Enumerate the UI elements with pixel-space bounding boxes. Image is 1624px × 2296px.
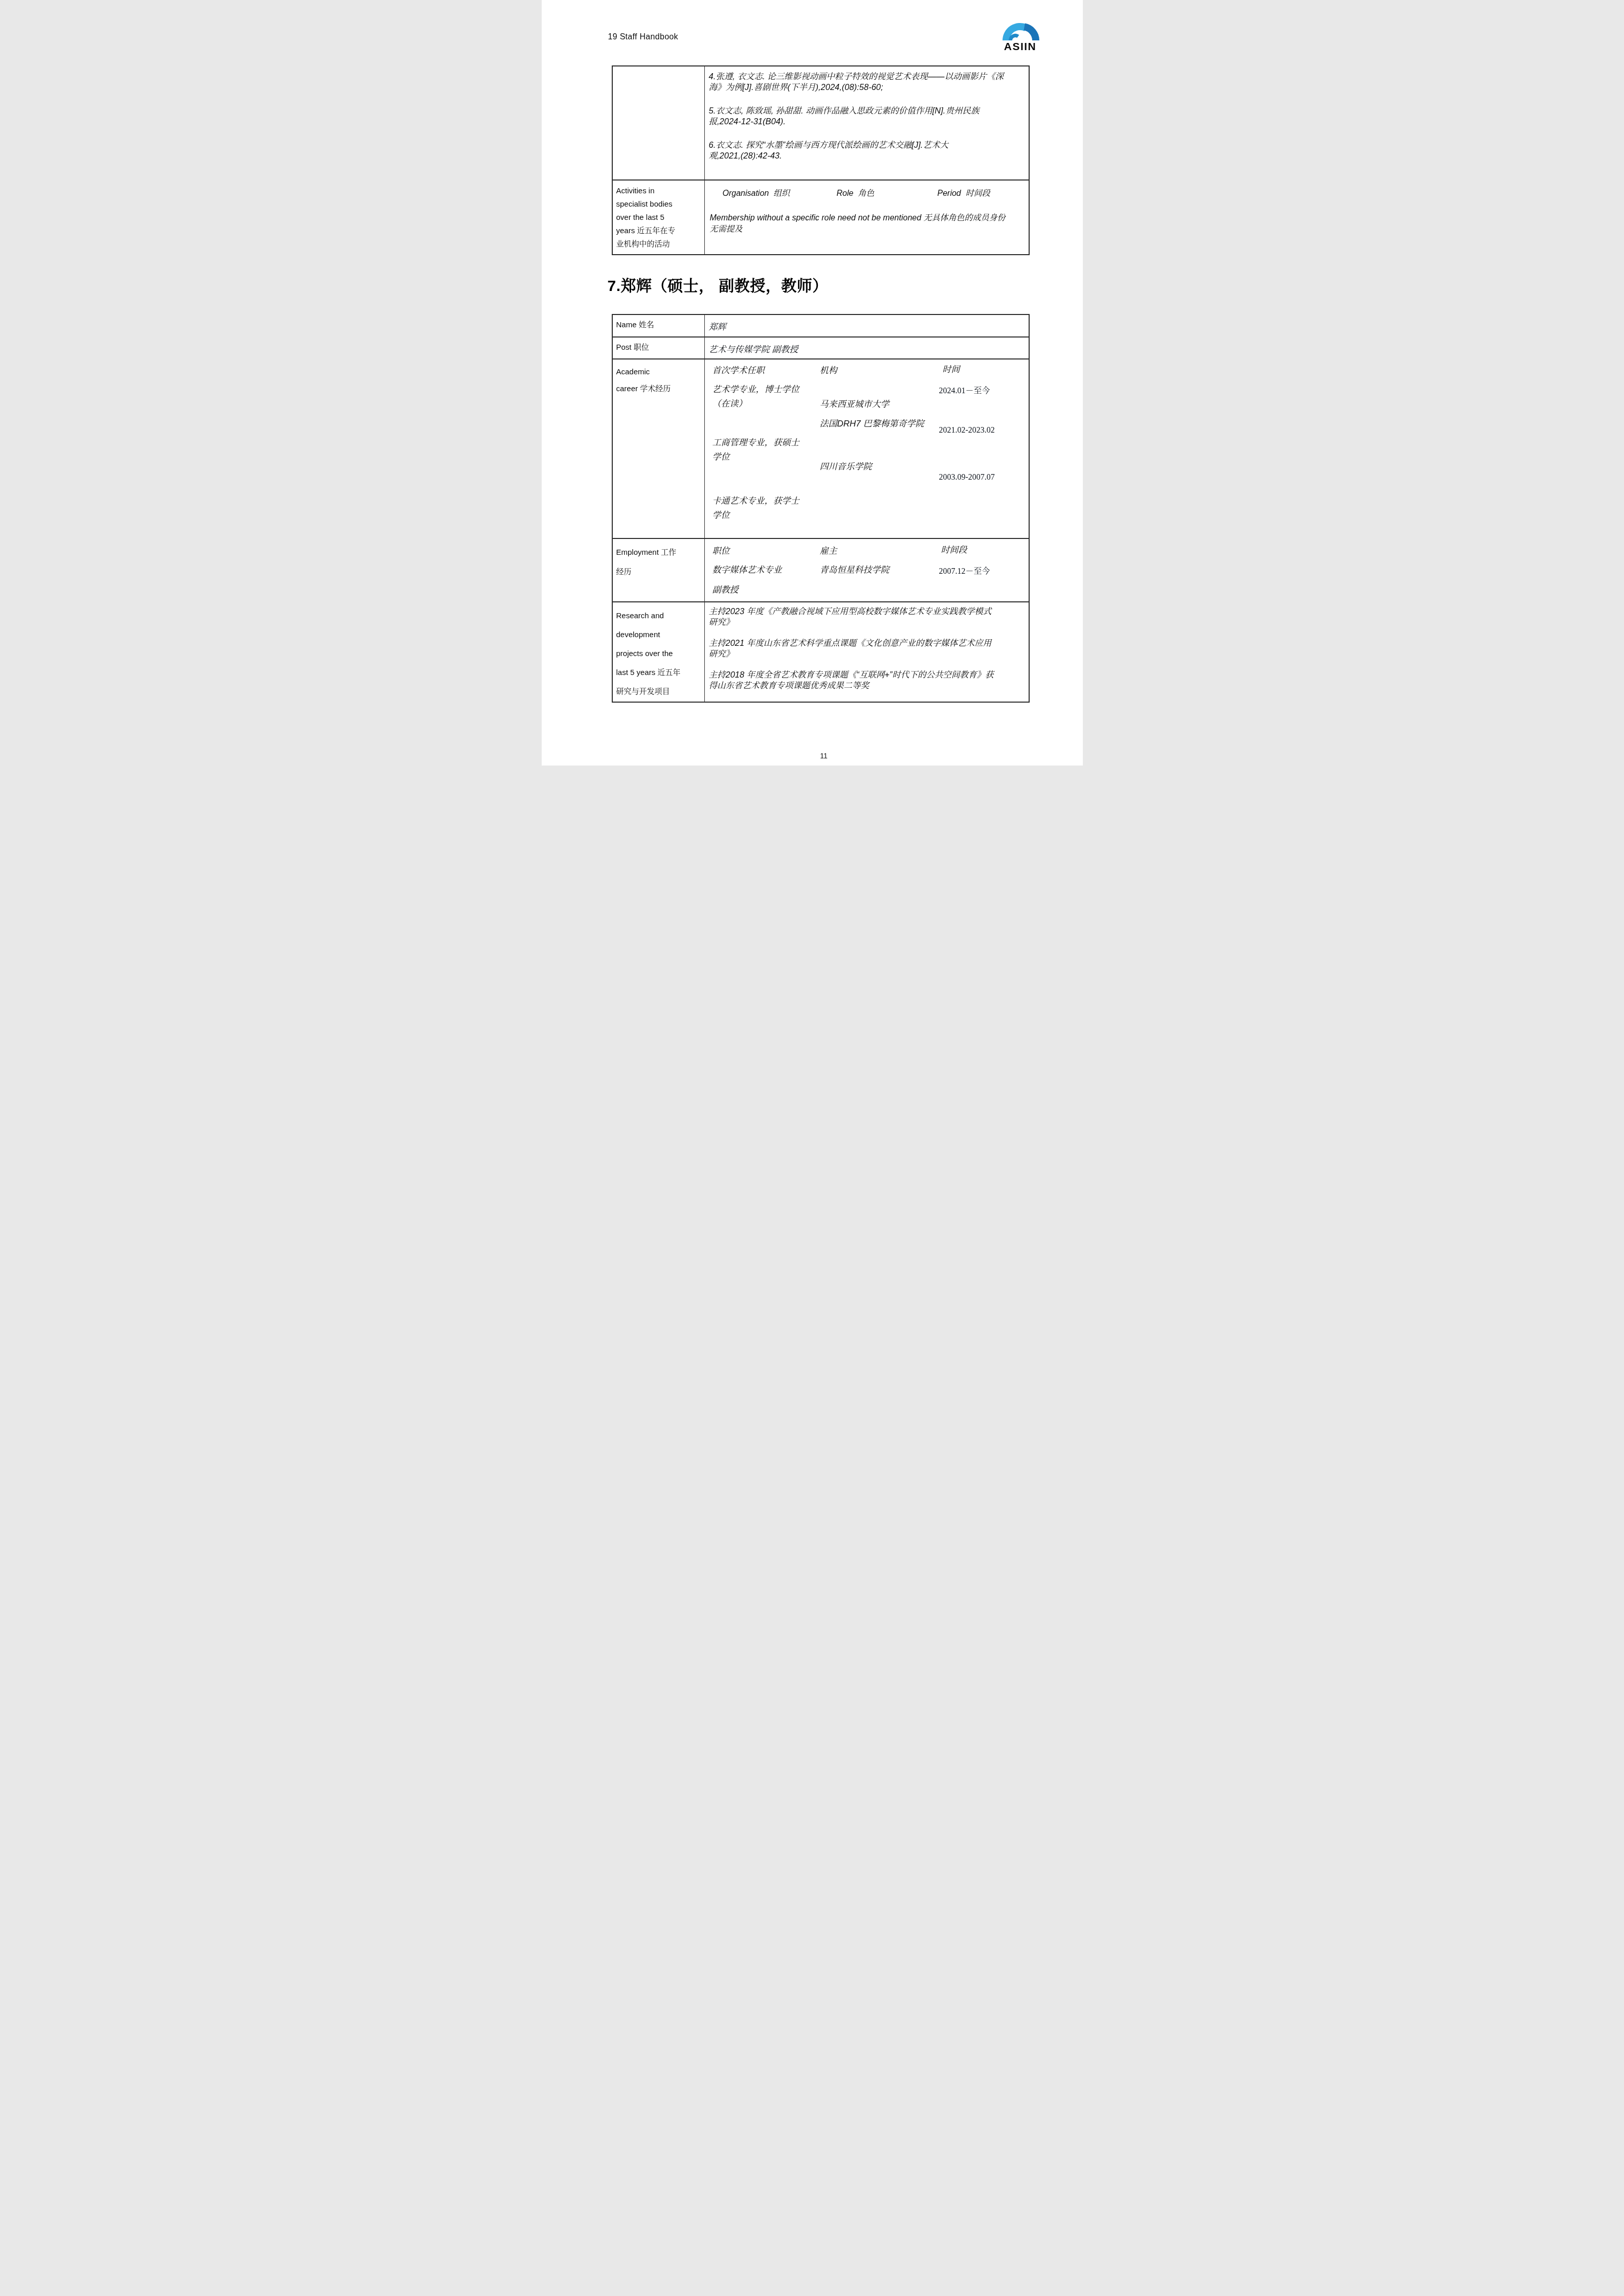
academic-col-header-institution: 机构 (820, 364, 837, 378)
employment-col-header-period: 时间段 (941, 543, 967, 557)
academic-label-cell: Academic career 学术经历 (613, 359, 705, 538)
research-label-cell: Research and development projects over t… (613, 602, 705, 702)
research-row: Research and development projects over t… (613, 601, 1029, 702)
name-value: 郑辉 (705, 315, 1029, 332)
academic-label: Academic career 学术经历 (616, 364, 700, 397)
employment-col-header-position: 职位 (713, 544, 730, 558)
name-label: Name 姓名 (616, 319, 700, 330)
activities-label: Activities in specialist bodies over the… (616, 185, 700, 251)
membership-note: Membership without a specific role need … (710, 213, 1025, 235)
asiin-logo-text: ASIIN (1000, 41, 1041, 52)
degree-entry-3: 卡通艺术专业，获学士 学位 (713, 494, 799, 523)
publications-row: 4.张遵, 衣文志. 论三维影视动画中粒子特效的视觉艺术表现——以动画影片《深 … (613, 66, 1029, 179)
publications-cell: 4.张遵, 衣文志. 论三维影视动画中粒子特效的视觉艺术表现——以动画影片《深 … (705, 66, 1029, 179)
employment-position-title: 副教授 (713, 583, 739, 597)
academic-cell: 首次学术任职 机构 时间 艺术学专业，博士学位 （在读） 马来西亚城市大学 20… (705, 359, 1029, 538)
staff-profile-table: Name 姓名 郑辉 Post 职位 艺术与传媒学院 副教授 Academic … (612, 314, 1030, 703)
employment-period: 2007.12－至今 (939, 565, 990, 576)
publication-item: 4.张遵, 衣文志. 论三维影视动画中粒子特效的视觉艺术表现——以动画影片《深 … (709, 72, 1021, 93)
employment-label: Employment 工作 经历 (616, 543, 700, 582)
post-label-cell: Post 职位 (613, 337, 705, 358)
column-role: Role 角色 (837, 187, 875, 198)
academic-col-header-time: 时间 (943, 363, 960, 377)
asiin-logo: ASIIN (1000, 17, 1041, 52)
section-heading: 7.郑辉（硕士， 副教授，教师） (608, 273, 828, 296)
page-container: 19 Staff Handbook ASIIN 4.张遵, 衣文志. 论三维影视… (542, 0, 1083, 766)
date-3: 2003.09-2007.07 (939, 473, 995, 482)
research-item: 主持2023 年度《产教融合视域下应用型高校数字媒体艺术专业实践教学模式 研究》 (709, 606, 1021, 628)
academic-row: Academic career 学术经历 首次学术任职 机构 时间 艺术学专业，… (613, 358, 1029, 538)
column-organisation: Organisation 组织 (723, 187, 790, 198)
academic-col-header-position: 首次学术任职 (713, 364, 765, 378)
research-item: 主持2018 年度全省艺术教育专项课题《“互联网+”时代下的公共空间教育》获 得… (709, 670, 1021, 691)
post-label: Post 职位 (616, 342, 700, 352)
employer-name: 青岛恒星科技学院 (820, 563, 889, 577)
employment-row: Employment 工作 经历 职位 雇主 时间段 数字媒体艺术专业 青岛恒星… (613, 538, 1029, 601)
research-cell: 主持2023 年度《产教融合视域下应用型高校数字媒体艺术专业实践教学模式 研究》… (705, 602, 1029, 702)
post-value-cell: 艺术与传媒学院 副教授 (705, 337, 1029, 358)
degree-entry-2: 工商管理专业，获硕士 学位 (713, 436, 799, 464)
column-period: Period 时间段 (938, 187, 990, 198)
page-number: 11 (542, 752, 1083, 760)
research-label: Research and development projects over t… (616, 606, 700, 701)
employment-label-cell: Employment 工作 经历 (613, 539, 705, 601)
activities-row: Activities in specialist bodies over the… (613, 179, 1029, 254)
date-2: 2021.02-2023.02 (939, 426, 995, 435)
research-item: 主持2021 年度山东省艺术科学重点课题《文化创意产业的数字媒体艺术应用 研究》 (709, 638, 1021, 660)
employment-cell: 职位 雇主 时间段 数字媒体艺术专业 青岛恒星科技学院 2007.12－至今 副… (705, 539, 1029, 601)
institution-3: 四川音乐学院 (820, 460, 872, 474)
publications-label-cell-empty (613, 66, 705, 179)
staff-table-continued: 4.张遵, 衣文志. 论三维影视动画中粒子特效的视觉艺术表现——以动画影片《深 … (612, 65, 1030, 255)
activities-cell: Organisation 组织 Role 角色 Period 时间段 Membe… (705, 181, 1029, 254)
post-value: 艺术与传媒学院 副教授 (705, 337, 1029, 355)
activities-label-cell: Activities in specialist bodies over the… (613, 181, 705, 254)
degree-entry-1: 艺术学专业，博士学位 （在读） (713, 382, 799, 411)
employment-position: 数字媒体艺术专业 (713, 563, 782, 577)
employment-col-header-employer: 雇主 (820, 544, 837, 558)
name-row: Name 姓名 郑辉 (613, 315, 1029, 336)
name-value-cell: 郑辉 (705, 315, 1029, 336)
asiin-arc-icon (1000, 17, 1041, 40)
publication-item: 6.衣文志. 探究“水墨”绘画与西方现代派绘画的艺术交融[J].艺术大 观,20… (709, 140, 1021, 162)
date-1: 2024.01－至今 (939, 384, 990, 396)
institution-1: 马来西亚城市大学 (820, 397, 889, 412)
name-label-cell: Name 姓名 (613, 315, 705, 336)
post-row: Post 职位 艺术与传媒学院 副教授 (613, 336, 1029, 358)
institution-2: 法国DRH7 巴黎梅第奇学院 (820, 417, 924, 431)
publication-item: 5.衣文志, 陈致瑶, 孙甜甜. 动画作品融入思政元素的价值作用[N].贵州民族… (709, 106, 1021, 127)
page-header-text: 19 Staff Handbook (608, 33, 678, 42)
